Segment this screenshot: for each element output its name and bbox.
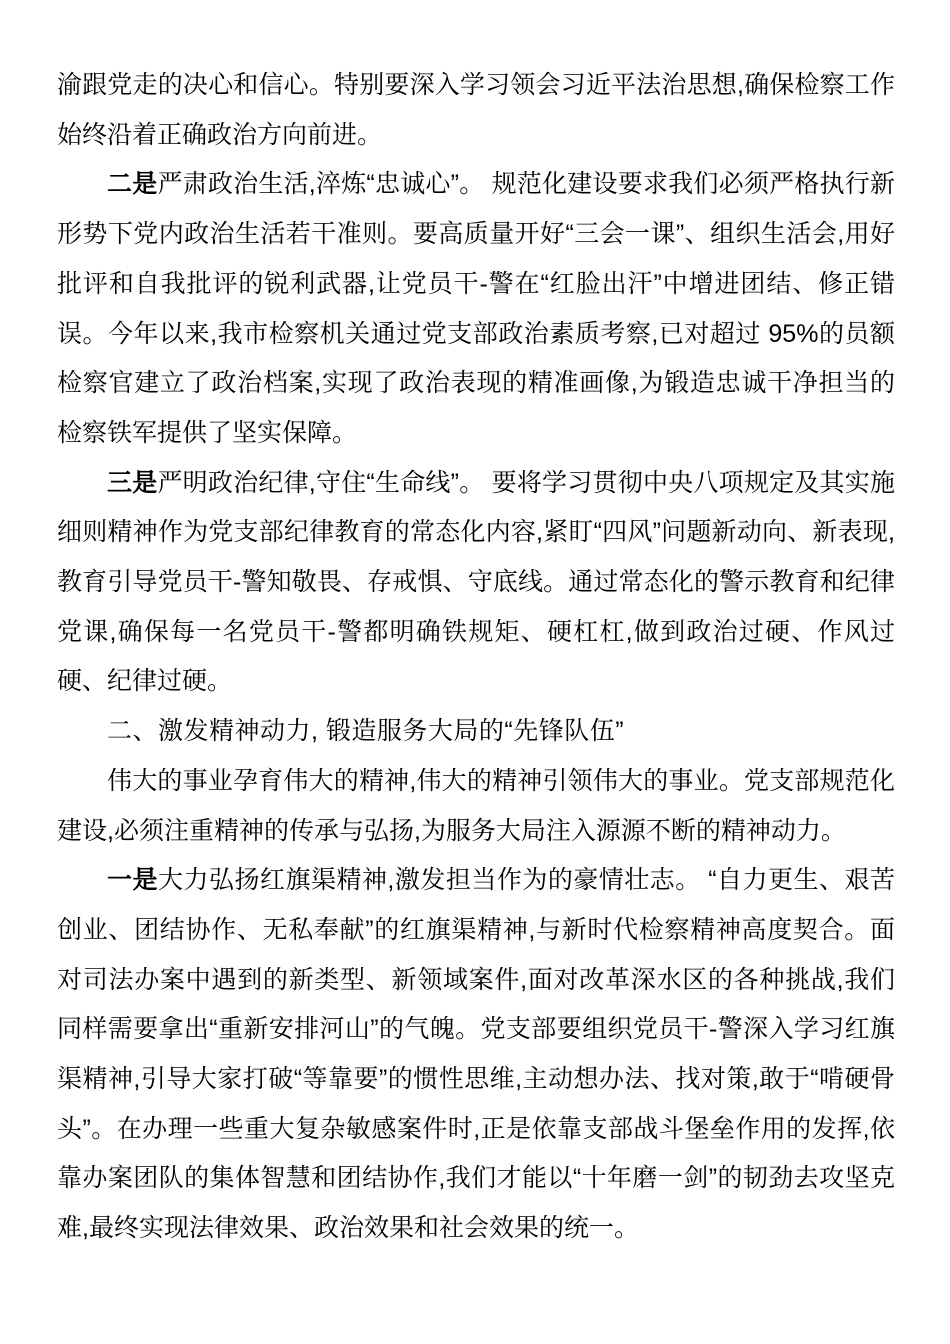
- paragraph-text: 严肃政治生活,淬炼“忠诚心”。 规范化建设要求我们必须严格执行新形势下党内政治生…: [57, 170, 895, 447]
- paragraph: 二是严肃政治生活,淬炼“忠诚心”。 规范化建设要求我们必须严格执行新形势下党内政…: [57, 160, 895, 458]
- section-heading: 二、激发精神动力, 锻造服务大局的“先锋队伍”: [57, 707, 895, 757]
- paragraph-lead: 三是: [107, 469, 157, 497]
- paragraph: 一是大力弘扬红旗渠精神,激发担当作为的豪情壮志。 “自力更生、艰苦创业、团结协作…: [57, 856, 895, 1254]
- paragraph: 渝跟党走的决心和信心。特别要深入学习领会习近平法治思想,确保检察工作始终沿着正确…: [57, 61, 895, 160]
- paragraph-text: 伟大的事业孕育伟大的精神,伟大的精神引领伟大的事业。党支部规范化建设,必须注重精…: [57, 767, 895, 845]
- document-page: 渝跟党走的决心和信心。特别要深入学习领会习近平法治思想,确保检察工作始终沿着正确…: [0, 0, 950, 1344]
- paragraph-lead: 一是: [107, 866, 158, 894]
- paragraph-text: 渝跟党走的决心和信心。特别要深入学习领会习近平法治思想,确保检察工作始终沿着正确…: [57, 71, 895, 149]
- document-body: 渝跟党走的决心和信心。特别要深入学习领会习近平法治思想,确保检察工作始终沿着正确…: [57, 61, 895, 1254]
- paragraph-text: 大力弘扬红旗渠精神,激发担当作为的豪情壮志。 “自力更生、艰苦创业、团结协作、无…: [57, 866, 895, 1242]
- paragraph: 伟大的事业孕育伟大的精神,伟大的精神引领伟大的事业。党支部规范化建设,必须注重精…: [57, 757, 895, 856]
- paragraph: 三是严明政治纪律,守住“生命线”。 要将学习贯彻中央八项规定及其实施细则精神作为…: [57, 459, 895, 708]
- paragraph-lead: 二是: [107, 170, 157, 198]
- paragraph-text: 严明政治纪律,守住“生命线”。 要将学习贯彻中央八项规定及其实施细则精神作为党支…: [57, 469, 895, 696]
- section-heading-text: 二、激发精神动力, 锻造服务大局的“先锋队伍”: [107, 717, 624, 745]
